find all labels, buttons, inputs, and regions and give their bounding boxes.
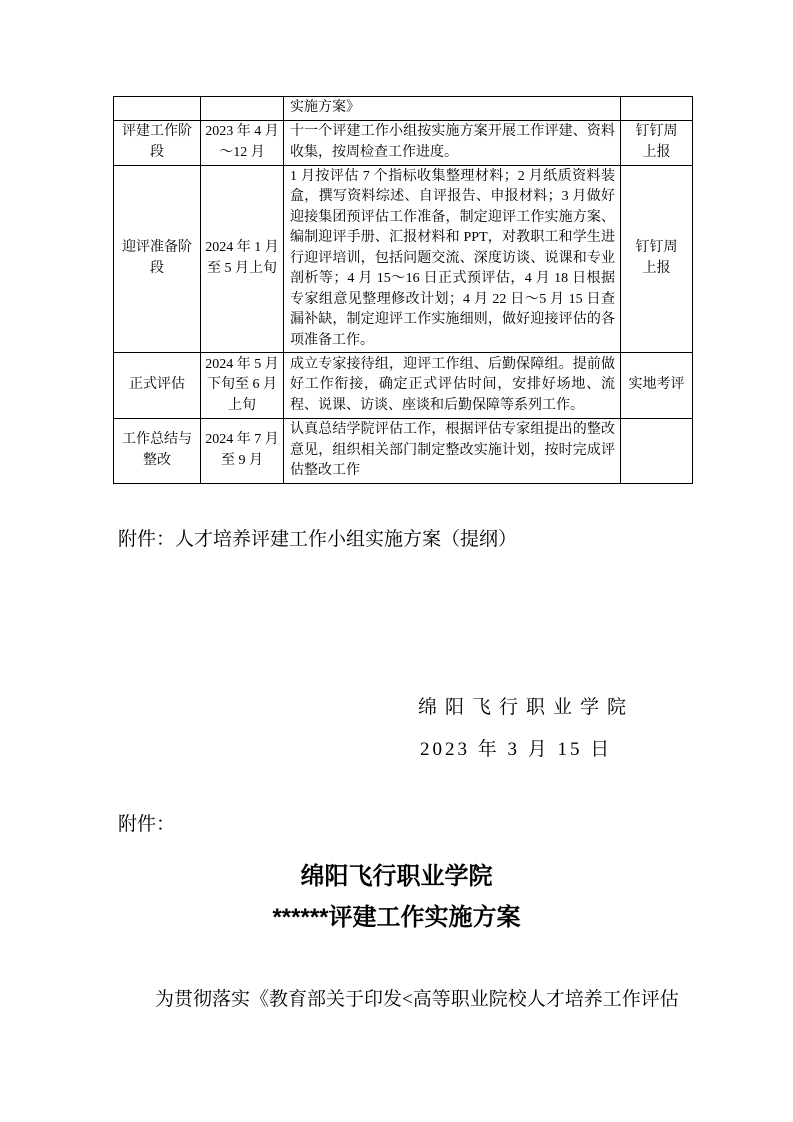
signature-date: 2023 年 3 月 15 日 — [420, 734, 612, 761]
table-row-carryover: 实施方案》 — [114, 97, 693, 121]
table-row: 工作总结与 整改 2024 年 7 月 至 9 月 认真总结学院评估工作，根据评… — [114, 419, 693, 484]
table-row: 正式评估 2024 年 5 月 下旬至 6 月 上旬 成立专家接待组，迎评工作组… — [114, 353, 693, 419]
phase-cell: 迎评准备阶 段 — [114, 165, 201, 353]
content-cell: 十一个评建工作小组按实施方案开展工作评建、资料收集，按周检查工作进度。 — [284, 120, 621, 165]
report-cell: 钉钉周 上报 — [621, 120, 693, 165]
content-cell: 实施方案》 — [284, 97, 621, 121]
report-cell: 实地考评 — [621, 353, 693, 419]
report-cell — [621, 97, 693, 121]
opening-paragraph-line: 为贯彻落实《教育部关于印发<高等职业院校人才培养工作评估 — [155, 984, 679, 1011]
doc-title-line1: 绵阳飞行职业学院 — [0, 856, 793, 891]
document-page: 实施方案》 评建工作阶 段 2023 年 4 月 ～12 月 十一个评建工作小组… — [0, 0, 793, 1122]
date-cell: 2023 年 4 月 ～12 月 — [201, 120, 284, 165]
table-row: 评建工作阶 段 2023 年 4 月 ～12 月 十一个评建工作小组按实施方案开… — [114, 120, 693, 165]
date-cell: 2024 年 7 月 至 9 月 — [201, 419, 284, 484]
signature-org: 绵阳飞行职业学院 — [418, 692, 634, 719]
phase-cell: 正式评估 — [114, 353, 201, 419]
attachment-label: 附件： — [118, 809, 175, 836]
report-cell: 钉钉周 上报 — [621, 165, 693, 353]
content-cell: 1 月按评估 7 个指标收集整理材料；2 月纸质资料装盒，撰写资料综述、自评报告… — [284, 165, 621, 353]
table-row: 迎评准备阶 段 2024 年 1 月 至 5 月上旬 1 月按评估 7 个指标收… — [114, 165, 693, 353]
attachment-note: 附件：人才培养评建工作小组实施方案（提纲） — [118, 524, 517, 551]
phase-cell: 评建工作阶 段 — [114, 120, 201, 165]
phase-cell: 工作总结与 整改 — [114, 419, 201, 484]
doc-title-line2: ******评建工作实施方案 — [0, 897, 793, 932]
date-cell: 2024 年 1 月 至 5 月上旬 — [201, 165, 284, 353]
content-cell: 成立专家接待组，迎评工作组、后勤保障组。提前做好工作衔接，确定正式评估时间，安排… — [284, 353, 621, 419]
content-cell: 认真总结学院评估工作，根据评估专家组提出的整改意见，组织相关部门制定整改实施计划… — [284, 419, 621, 484]
work-phase-table: 实施方案》 评建工作阶 段 2023 年 4 月 ～12 月 十一个评建工作小组… — [113, 96, 693, 484]
date-cell: 2024 年 5 月 下旬至 6 月 上旬 — [201, 353, 284, 419]
date-cell — [201, 97, 284, 121]
phase-cell — [114, 97, 201, 121]
report-cell — [621, 419, 693, 484]
